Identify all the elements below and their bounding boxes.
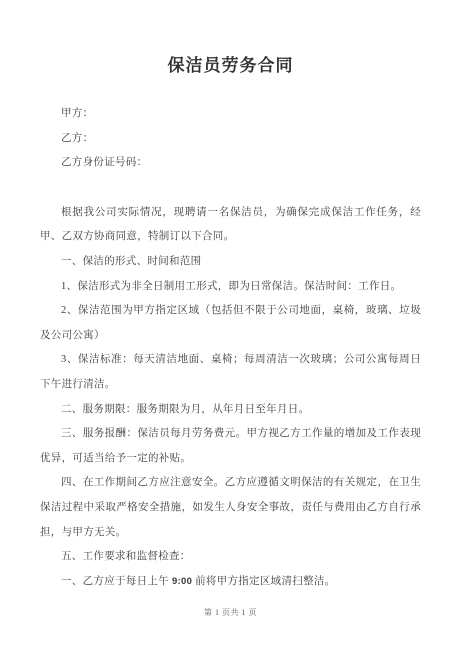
section-3-paragraph: 三、服务报酬：保洁员每月劳务费元。甲方视乙方工作量的增加及工作表现优异，可适当给… <box>40 422 421 471</box>
section-1-heading: 一、保洁的形式、时间和范围 <box>40 250 421 275</box>
page-title: 保洁员劳务合同 <box>40 54 421 78</box>
section-5-item-1-text-before: 一、乙方应于每日上午 <box>61 576 172 587</box>
party-a-line: 甲方： <box>40 102 421 127</box>
section-1-item-2: 2、保洁范围为甲方指定区域（包括但不限于公司地面，桌椅，玻璃、垃圾及公司公寓） <box>40 299 421 348</box>
section-2-paragraph: 二、服务期限：服务期限为月，从年月日至年月日。 <box>40 398 421 423</box>
section-5-item-1-text-after: 前将甲方指定区域清扫整洁。 <box>192 576 335 587</box>
intro-paragraph: 根据我公司实际情况，现聘请一名保洁员，为确保完成保洁工作任务，经甲、乙双方协商同… <box>40 201 421 250</box>
party-b-id-line: 乙方身份证号码： <box>40 151 421 176</box>
cleaning-deadline-time: 9:00 <box>172 576 192 587</box>
section-1-item-3: 3、保洁标准：每天清洁地面、桌椅；每周清洁一次玻璃；公司公寓每周日下午进行清洁。 <box>40 348 421 397</box>
page-number-footer: 第 1 页共 1 页 <box>40 607 421 618</box>
document-page: 保洁员劳务合同 甲方： 乙方： 乙方身份证号码： 根据我公司实际情况，现聘请一名… <box>0 0 463 655</box>
section-4-paragraph: 四、在工作期间乙方应注意安全。乙方应遵循文明保洁的有关规定，在卫生保洁过程中采取… <box>40 471 421 545</box>
section-5-item-1: 一、乙方应于每日上午 9:00 前将甲方指定区域清扫整洁。 <box>40 570 421 595</box>
section-5-heading: 五、工作要求和监督检查： <box>40 545 421 570</box>
party-b-line: 乙方： <box>40 127 421 152</box>
section-1-item-1: 1、保洁形式为非全日制用工形式，即为日常保洁。保洁时间：工作日。 <box>40 275 421 300</box>
